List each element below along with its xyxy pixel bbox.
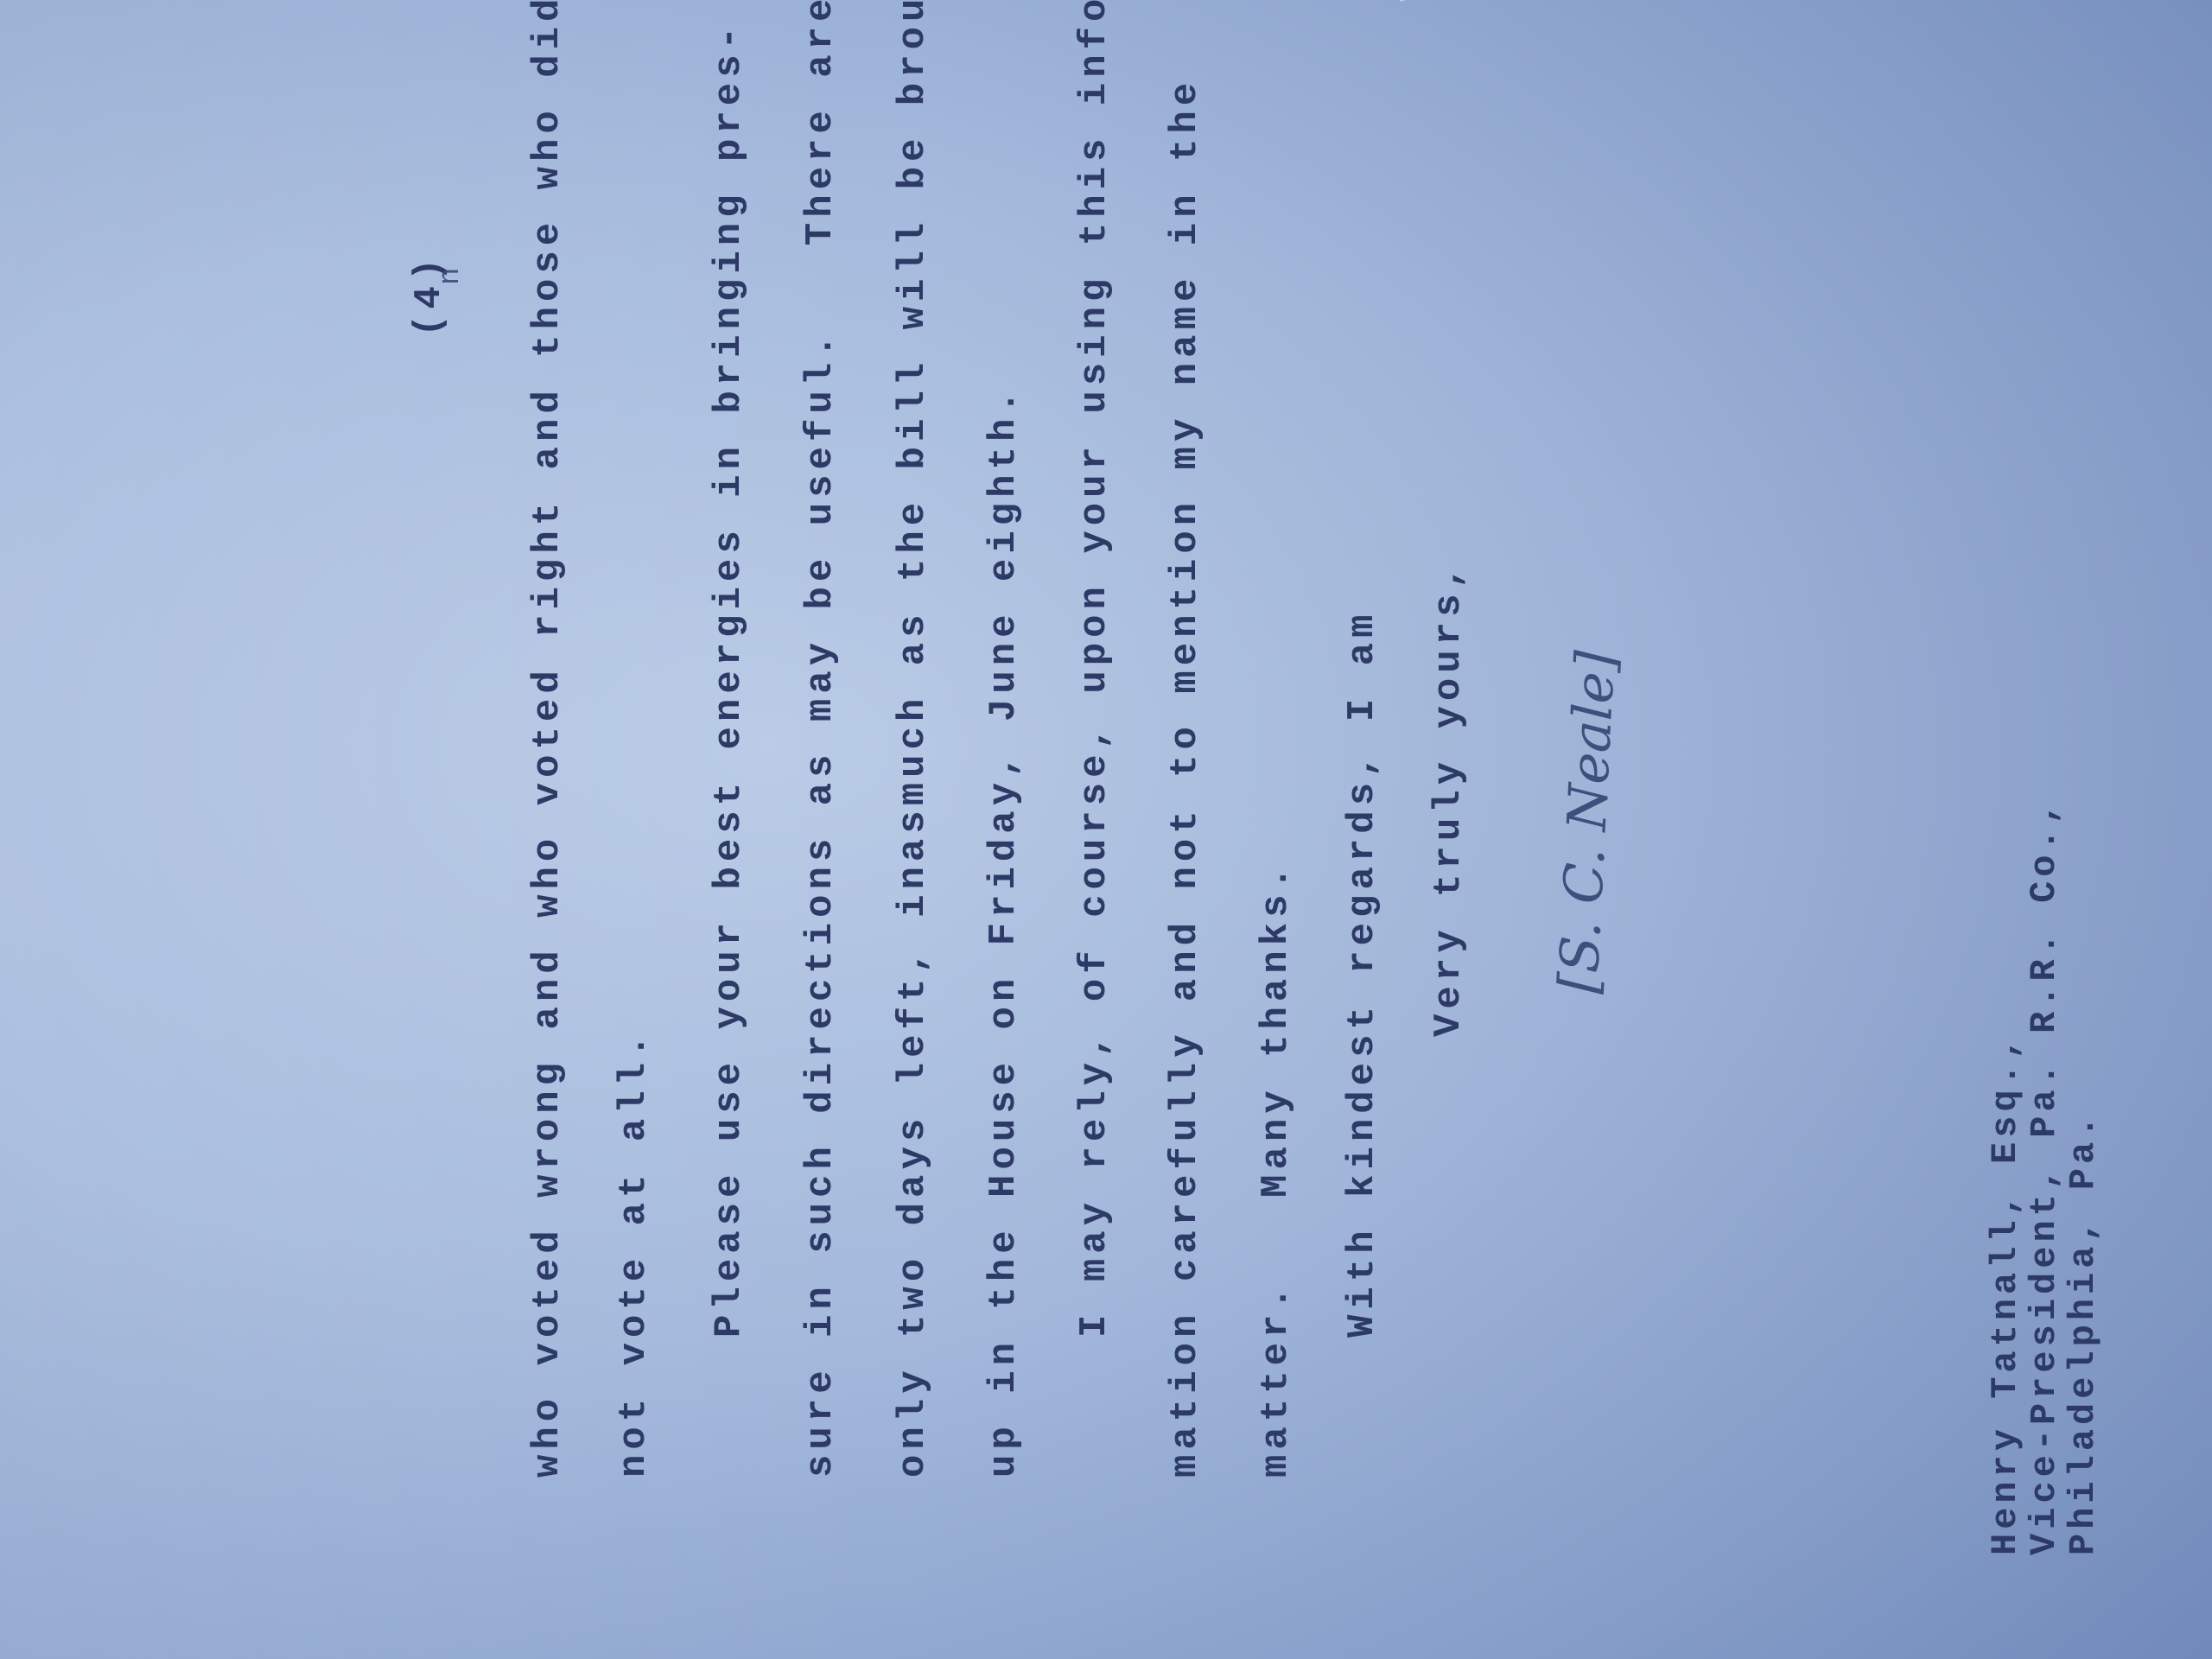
letter-page: (4) n who voted wrong and who voted righ… <box>0 0 2212 1659</box>
body-line-7: I may rely, of course, upon your using t… <box>1076 0 1114 1478</box>
stray-mark: n <box>436 263 466 285</box>
body-line-6: up in the House on Friday, June eighth. <box>985 385 1023 1478</box>
addressee-city: Philadelphia, Pa. <box>2065 1112 2101 1555</box>
body-line-8: mation carefully and not to mention my n… <box>1166 78 1205 1478</box>
body-line-5: only two days left, inasmuch as the bill… <box>894 0 932 1478</box>
body-line-9: matter. Many thanks. <box>1257 861 1295 1478</box>
body-line-4: sure in such directions as may be useful… <box>802 0 840 1478</box>
body-line-3: Please use your best energies in bringin… <box>710 22 748 1478</box>
signature: [S. C. Neale] <box>1547 649 1628 995</box>
body-line-10: With kindest regards, I am <box>1344 609 1382 1478</box>
addressee-title: Vice-President, Pa. R.R. Co., <box>2026 798 2063 1555</box>
body-line-2: not vote at all. <box>615 1030 653 1478</box>
closing: Very truly yours, <box>1430 561 1468 1037</box>
body-line-1: who voted wrong and who voted right and … <box>529 0 567 1478</box>
addressee-name: Henry Tatnall, Esq., <box>1987 1033 2024 1555</box>
